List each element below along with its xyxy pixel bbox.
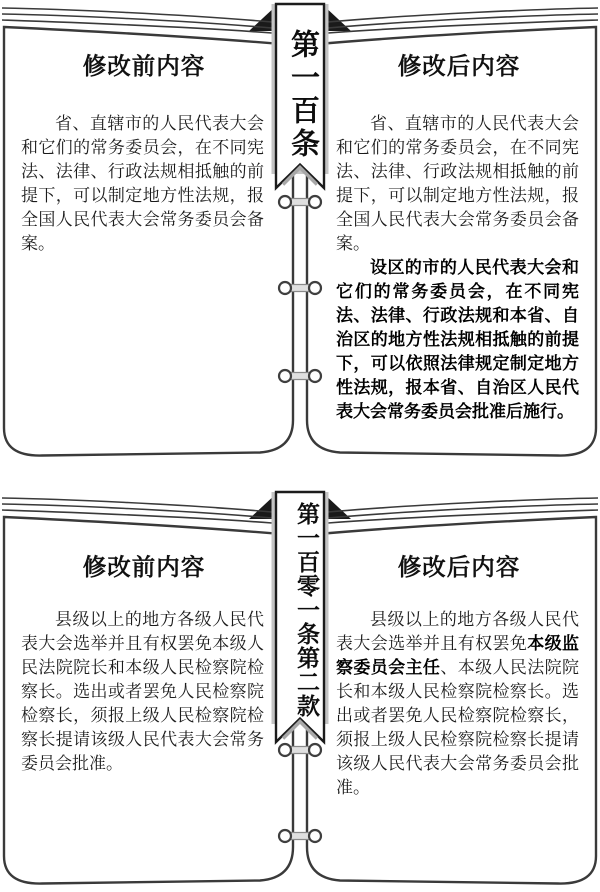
article-ribbon-label: 第一百零一条第二款 xyxy=(276,500,324,720)
after-paragraph: 省、直辖市的人民代表大会和它们的常务委员会，在不同宪法、法律、行政法规相抵触的前… xyxy=(336,112,579,256)
before-page-title: 修改前内容 xyxy=(22,553,266,581)
after-text-post: 、本级人民法院院长和本级人民检察院检察长。选出或者罢免人民检察院检察长，须报上级… xyxy=(336,658,579,797)
before-paragraph: 省、直辖市的人民代表大会和它们的常务委员会，在不同宪法、法律、行政法规相抵触的前… xyxy=(21,112,264,256)
article-ribbon-label: 第一百条 xyxy=(276,15,324,175)
after-paragraph: 县级以上的地方各级人民代表大会选举并且有权罢免本级监察委员会主任、本级人民法院院… xyxy=(336,608,579,800)
before-paragraph: 县级以上的地方各级人民代表大会选举并且有权罢免本级人民法院院长和本级人民检察院检… xyxy=(21,608,264,776)
after-page-body: 县级以上的地方各级人民代表大会选举并且有权罢免本级监察委员会主任、本级人民法院院… xyxy=(336,608,579,800)
amendment-comparison-infographic: 第一百条 修改前内容 省、直辖市的人民代表大会和它们的常务委员会，在不同宪法、法… xyxy=(0,0,600,892)
after-page-body: 省、直辖市的人民代表大会和它们的常务委员会，在不同宪法、法律、行政法规相抵触的前… xyxy=(336,112,579,424)
after-page-title: 修改后内容 xyxy=(337,553,581,581)
before-page-title: 修改前内容 xyxy=(22,52,266,80)
after-paragraph-amended: 设区的市的人民代表大会和它们的常务委员会，在不同宪法、法律、行政法规和本省、自治… xyxy=(336,256,579,424)
after-page-title: 修改后内容 xyxy=(337,52,581,80)
before-page-body: 省、直辖市的人民代表大会和它们的常务委员会，在不同宪法、法律、行政法规相抵触的前… xyxy=(21,112,264,256)
before-page-body: 县级以上的地方各级人民代表大会选举并且有权罢免本级人民法院院长和本级人民检察院检… xyxy=(21,608,264,776)
